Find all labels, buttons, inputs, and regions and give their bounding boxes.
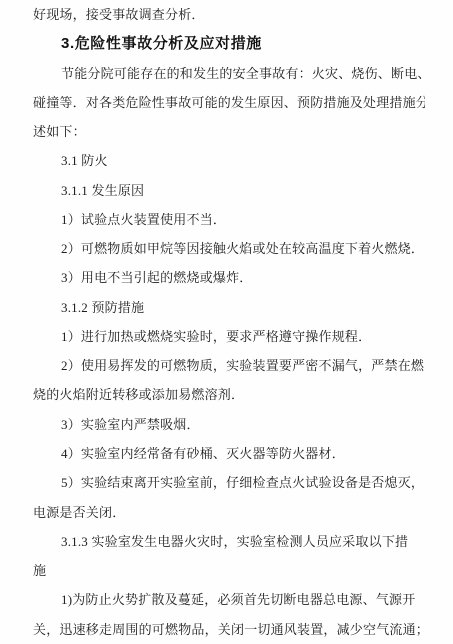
paragraph-line: 好现场，接受事故调查分析．	[33, 0, 425, 29]
list-item-line: 4）实验室内经常备有砂桶、灭火器等防火器材．	[33, 439, 425, 468]
heading-3-1-1: 3.1.1 发生原因	[33, 176, 425, 205]
document-page: 好现场，接受事故调查分析． 3.危险性事故分析及应对措施 节能分院可能存在的和发…	[0, 0, 453, 644]
paragraph-line: 电源是否关闭．	[33, 498, 425, 527]
list-item-line: 2）使用易挥发的可燃物质，实验装置要严密不漏气，严禁在燃	[33, 351, 425, 380]
heading-3-1-3: 3.1.3 实验室发生电器火灾时，实验室检测人员应采取以下措	[33, 527, 425, 556]
list-item-line: 5）实验结束离开实验室前，仔细检查点火试验设备是否熄灭，	[33, 468, 425, 497]
list-item-line: 1）进行加热或燃烧实验时，要求严格遵守操作规程．	[33, 322, 425, 351]
paragraph-line: 烧的火焰附近转移或添加易燃溶剂．	[33, 380, 425, 409]
list-item-line: 3）用电不当引起的燃烧或爆炸．	[33, 263, 425, 292]
heading-section-3: 3.危险性事故分析及应对措施	[33, 29, 425, 58]
paragraph-line: 施	[33, 556, 425, 585]
list-item-line: 3）实验室内严禁吸烟．	[33, 410, 425, 439]
paragraph-line: 节能分院可能存在的和发生的安全事故有：火灾、烧伤、断电、	[33, 59, 425, 88]
paragraph-line: 述如下：	[33, 117, 425, 146]
list-item-line: 1)为防止火势扩散及蔓延，必须首先切断电器总电源、气源开	[33, 585, 425, 614]
heading-3-1-2: 3.1.2 预防措施	[33, 293, 425, 322]
paragraph-line: 关，迅速移走周围的可燃物品，关闭一切通风装置，减少空气流通；	[33, 615, 425, 644]
paragraph-line: 碰撞等．对各类危险性事故可能的发生原因、预防措施及处理措施分	[33, 88, 425, 117]
list-item-line: 2）可燃物质如甲烷等因接触火焰或处在较高温度下着火燃烧．	[33, 234, 425, 263]
list-item-line: 1）试验点火装置使用不当．	[33, 205, 425, 234]
heading-3-1: 3.1 防火	[33, 146, 425, 175]
